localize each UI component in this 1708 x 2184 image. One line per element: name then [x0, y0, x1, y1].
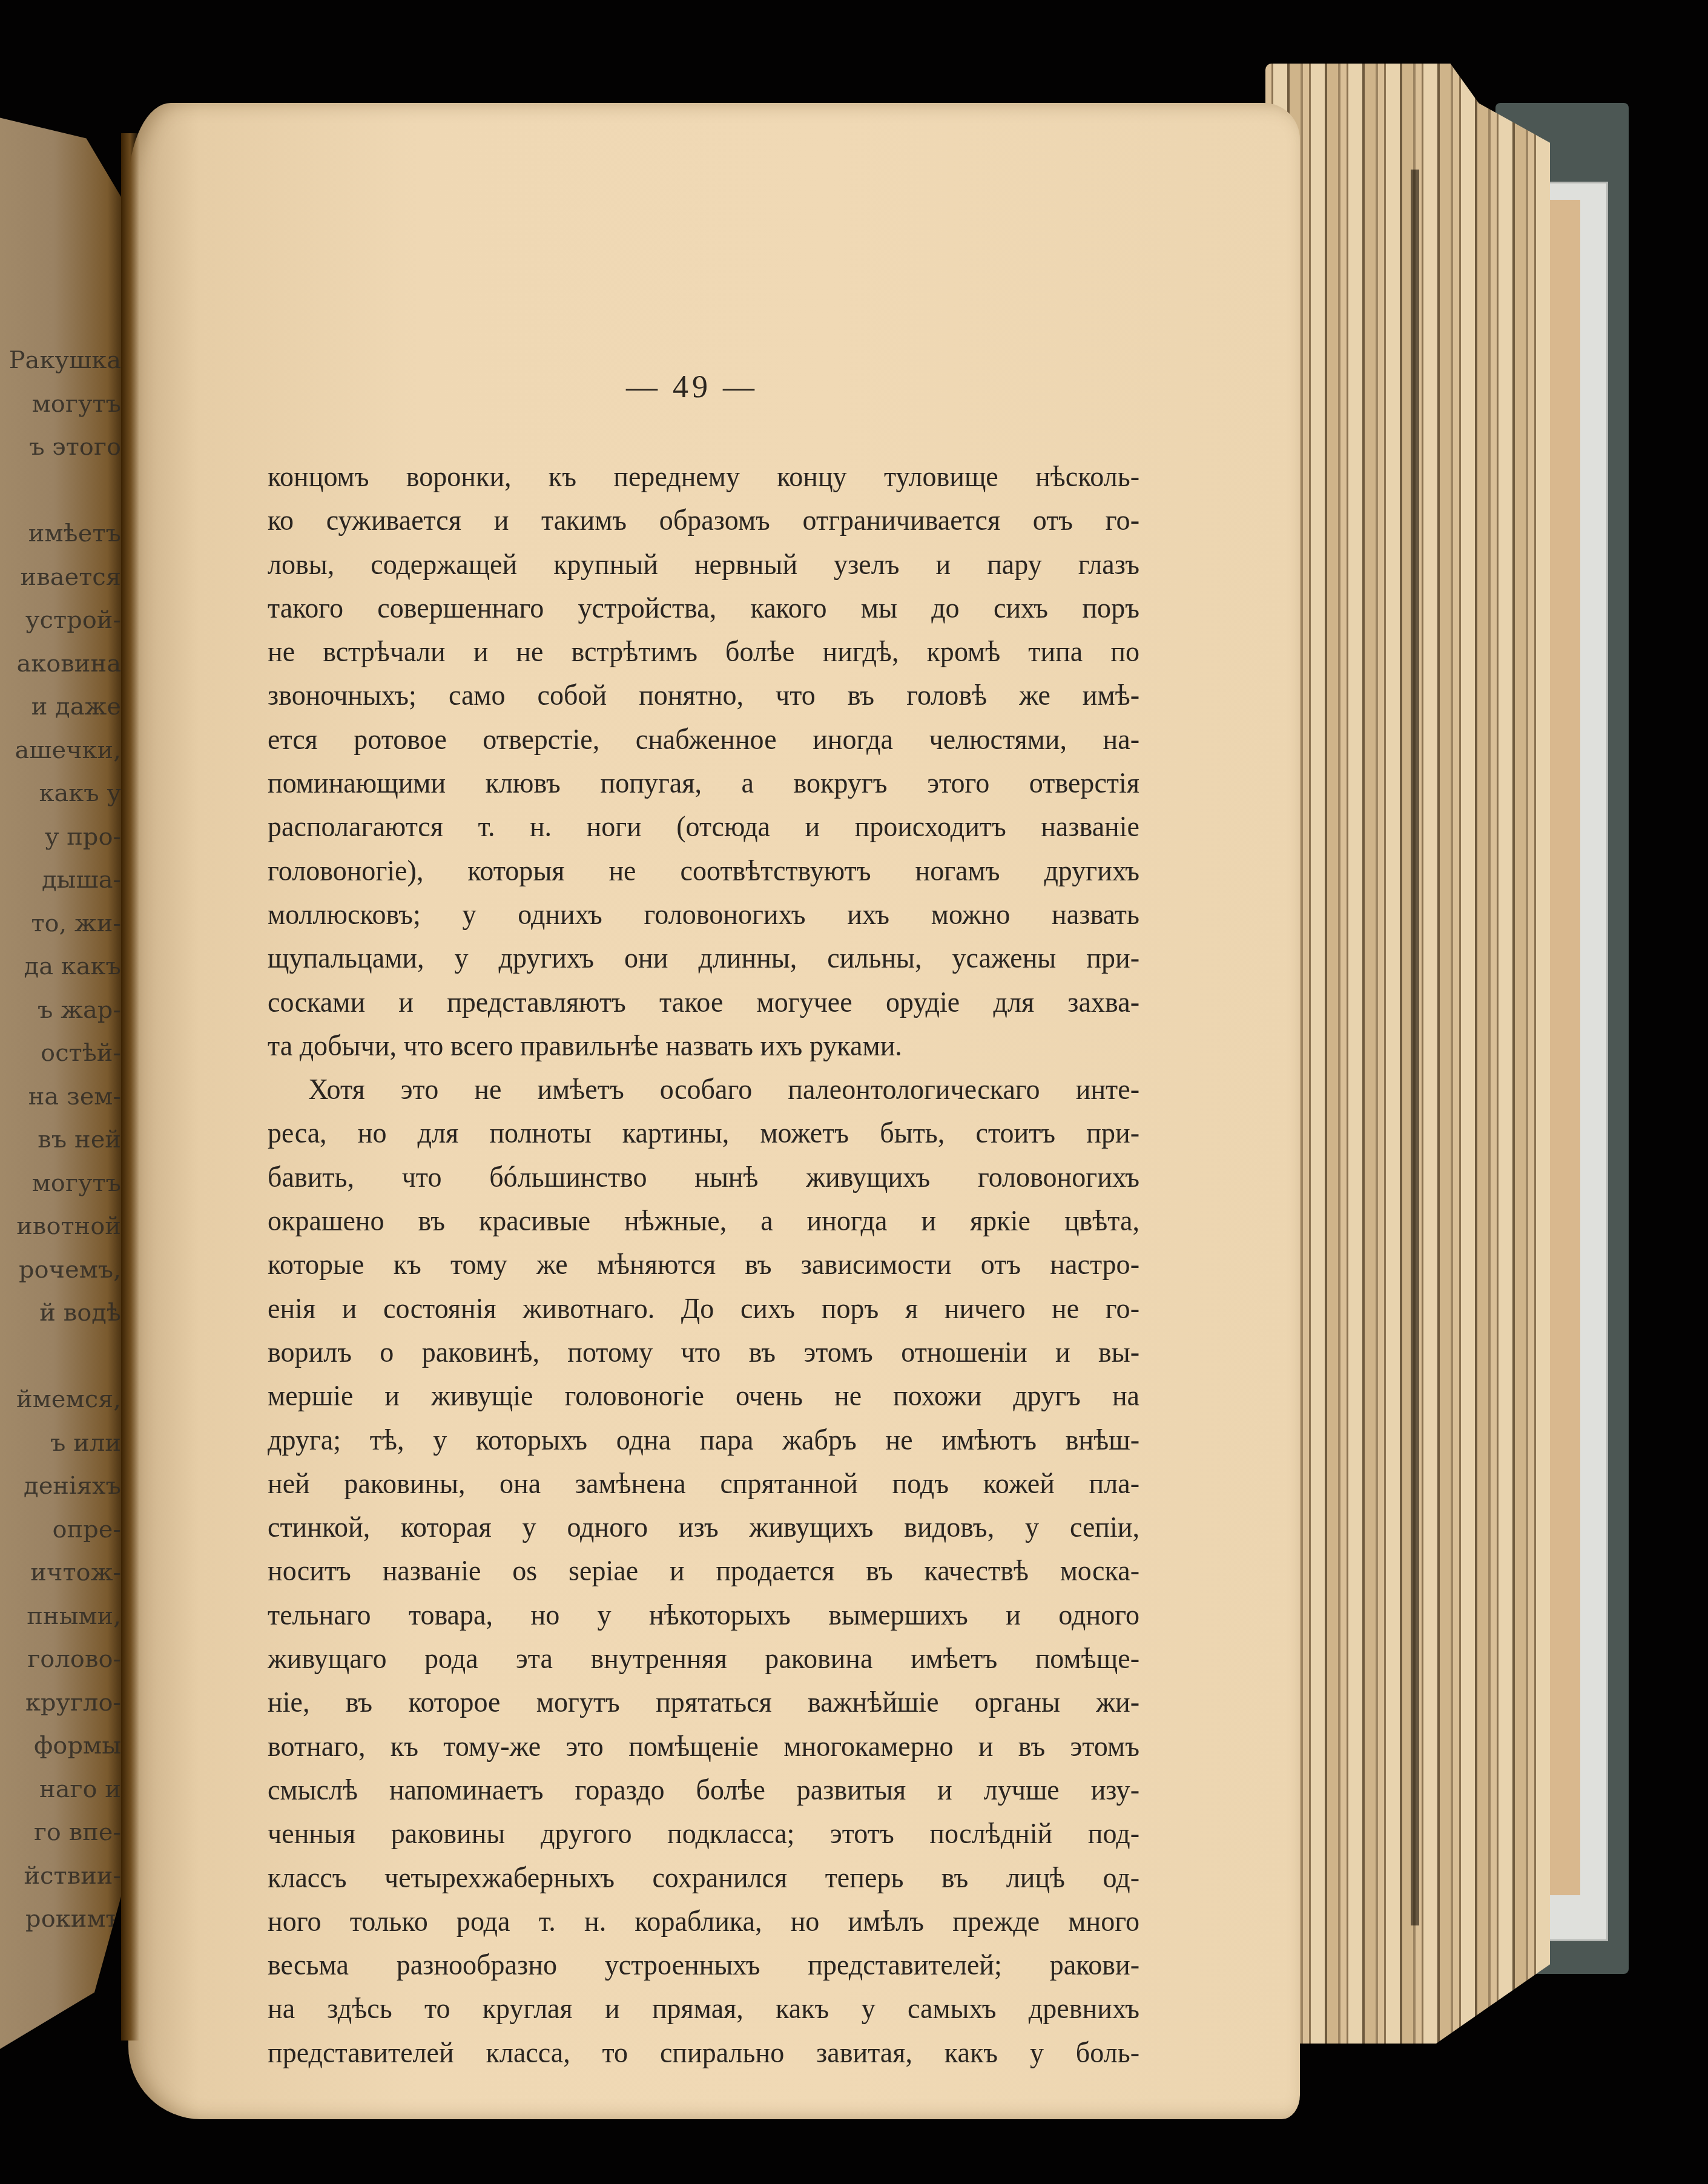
left-fragment: ашечки,	[0, 729, 121, 773]
text-line: концомъ воронки, къ переднему концу туло…	[268, 455, 1139, 499]
text-line: моллюсковъ; у однихъ головоногихъ ихъ мо…	[268, 893, 1139, 937]
left-fragment: да какъ	[0, 945, 121, 989]
left-fragment: какъ у	[0, 772, 121, 816]
paragraph-start-line: Хотя это не имѣетъ особаго палеонтологич…	[268, 1068, 1139, 1112]
body-text: концомъ воронки, къ переднему концу туло…	[268, 455, 1139, 2075]
left-fragment: кругло-	[0, 1681, 121, 1725]
text-line: реса, но для полноты картины, можетъ быт…	[268, 1112, 1139, 1155]
left-fragment: на зем-	[0, 1075, 121, 1119]
left-fragment: въ ней	[0, 1118, 121, 1162]
left-fragment: опре-	[0, 1508, 121, 1552]
left-fragment: рочемъ,	[0, 1249, 121, 1292]
text-line: классъ четырехжаберныхъ сохранился тепер…	[268, 1856, 1139, 1900]
text-line: ченныя раковины другого подкласса; этотъ…	[268, 1812, 1139, 1856]
text-line: ется ротовое отверстіе, снабженное иногд…	[268, 718, 1139, 762]
text-line: стинкой, которая у одного изъ живущихъ в…	[268, 1506, 1139, 1549]
left-fragment: ъ жар-	[0, 989, 121, 1032]
text-line: весьма разнообразно устроенныхъ представ…	[268, 1944, 1139, 1987]
text-line: головоногіе), которыя не соотвѣтствуютъ …	[268, 850, 1139, 893]
text-line: ного только рода т. н. кораблика, но имѣ…	[268, 1900, 1139, 1944]
text-line: бавить, что бóльшинство нынѣ живущихъ го…	[268, 1156, 1139, 1199]
left-fragment: могутъ	[0, 1162, 121, 1206]
text-line: ловы, содержащей крупный нервный узелъ и…	[268, 543, 1139, 587]
left-fragment: дыша-	[0, 859, 121, 902]
left-fragment: могутъ	[0, 383, 121, 426]
left-fragment: имѣетъ	[0, 512, 121, 556]
text-line: сосками и представляютъ такое могучее ор…	[268, 981, 1139, 1024]
left-fragment: йствии-	[0, 1855, 121, 1898]
left-fragment: пными,	[0, 1595, 121, 1638]
book-gutter-shadow	[121, 133, 139, 2040]
left-fragment: й водѣ	[0, 1292, 121, 1335]
scan-background: Ракушка могутъ ъ этого имѣетъ ивается ус…	[0, 0, 1708, 2184]
text-line: живущаго рода эта внутренняя раковина им…	[268, 1637, 1139, 1681]
left-fragment: ъ этого	[0, 426, 121, 469]
left-fragment: деніяхъ	[0, 1465, 121, 1508]
left-fragment: аковина	[0, 642, 121, 686]
left-fragment: у про-	[0, 816, 121, 859]
text-line: енія и состоянія животнаго. До сихъ поръ…	[268, 1287, 1139, 1331]
text-line: ворилъ о раковинѣ, потому что въ этомъ о…	[268, 1331, 1139, 1374]
left-fragment: ивотной	[0, 1205, 121, 1249]
text-line: щупальцами, у другихъ они длинны, сильны…	[268, 937, 1139, 980]
left-fragment: ймемся,	[0, 1378, 121, 1422]
text-line: не встрѣчали и не встрѣтимъ болѣе нигдѣ,…	[268, 630, 1139, 674]
left-fragment	[0, 469, 121, 513]
text-line: поминающими клювъ попугая, а вокругъ это…	[268, 762, 1139, 805]
left-fragment: рокимъ	[0, 1898, 121, 1941]
text-line: тельнаго товара, но у нѣкоторыхъ вымерши…	[268, 1594, 1139, 1637]
left-fragment: ъ или	[0, 1422, 121, 1465]
text-line: на здѣсь то круглая и прямая, какъ у сам…	[268, 1987, 1139, 2031]
text-line: такого совершеннаго устройства, какого м…	[268, 587, 1139, 630]
text-line: носитъ названіе os sepiae и продается въ…	[268, 1549, 1139, 1593]
left-fragment: остѣй-	[0, 1032, 121, 1075]
page-block-gap	[1411, 170, 1419, 1925]
text-line: звоночныхъ; само собой понятно, что въ г…	[268, 674, 1139, 718]
left-fragment: голово-	[0, 1638, 121, 1681]
left-fragment: устрой-	[0, 599, 121, 642]
left-page: Ракушка могутъ ъ этого имѣетъ ивается ус…	[0, 109, 127, 2071]
text-line: ней раковины, она замѣнена спрятанной по…	[268, 1462, 1139, 1506]
text-line: представителей класса, то спирально зави…	[268, 2031, 1139, 2075]
text-line: смыслѣ напоминаетъ гораздо болѣе развиты…	[268, 1769, 1139, 1812]
right-page: — 49 — концомъ воронки, къ переднему кон…	[128, 103, 1300, 2119]
text-line: которые къ тому же мѣняются въ зависимос…	[268, 1243, 1139, 1287]
text-line: ко суживается и такимъ образомъ отгранич…	[268, 499, 1139, 543]
left-fragment	[0, 1335, 121, 1379]
left-fragment: и даже	[0, 685, 121, 729]
text-line: вотнаго, къ тому-же это помѣщеніе многок…	[268, 1725, 1139, 1769]
left-fragment: ивается	[0, 556, 121, 599]
left-fragment: то, жи-	[0, 902, 121, 946]
text-line: ніе, въ которое могутъ прятаться важнѣйш…	[268, 1681, 1139, 1724]
text-line: друга; тѣ, у которыхъ одна пара жабръ не…	[268, 1419, 1139, 1462]
text-line: располагаются т. н. ноги (отсюда и проис…	[268, 805, 1139, 849]
left-fragment: го впе-	[0, 1811, 121, 1855]
left-fragment: формы	[0, 1724, 121, 1768]
left-page-text-fragments: Ракушка могутъ ъ этого имѣетъ ивается ус…	[0, 339, 121, 1941]
page-number: — 49 —	[626, 369, 758, 405]
page-block-fore-edge	[1265, 64, 1550, 2044]
text-line: мершіе и живущіе головоногіе очень не по…	[268, 1374, 1139, 1418]
text-line: окрашено въ красивые нѣжные, а иногда и …	[268, 1199, 1139, 1243]
paragraph-end-line: та добычи, что всего правильнѣе назвать …	[268, 1024, 1139, 1068]
left-fragment: Ракушка	[0, 339, 121, 383]
left-fragment: ичтож-	[0, 1551, 121, 1595]
left-fragment: наго и	[0, 1768, 121, 1812]
